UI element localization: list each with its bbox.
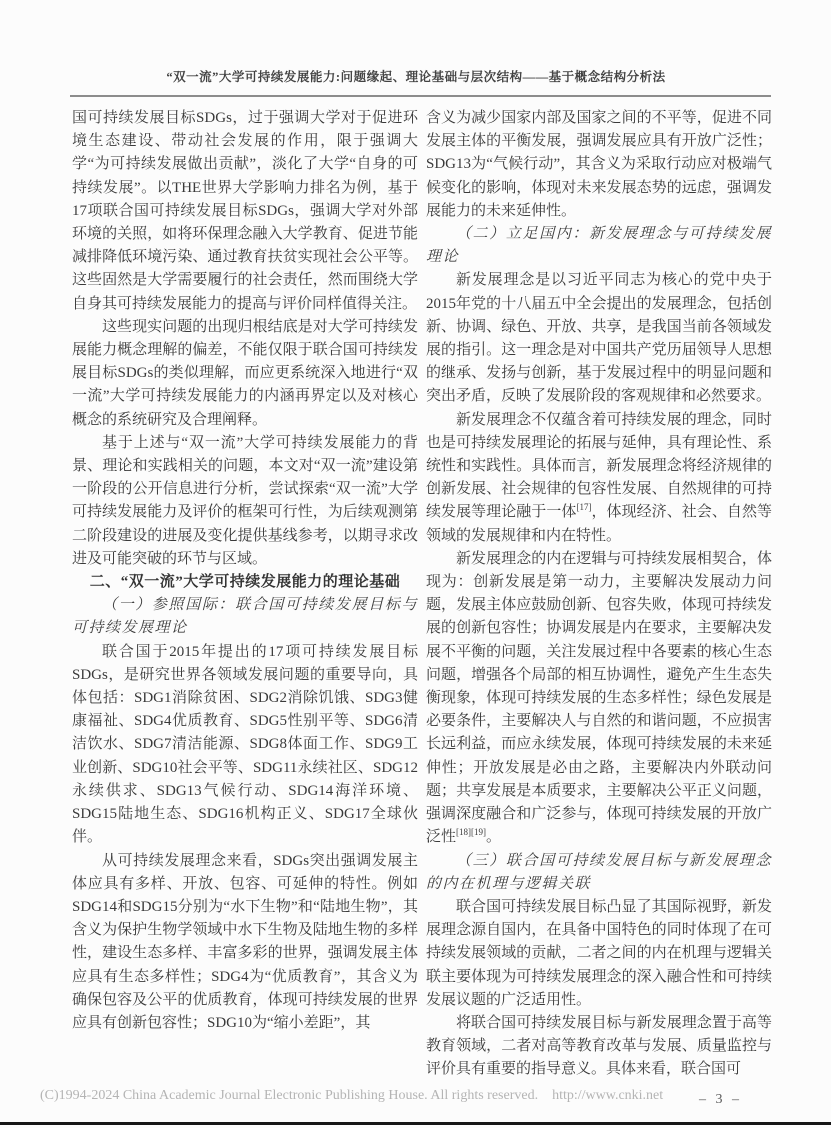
left-column: 国可持续发展目标SDGs，过于强调大学对于促进环境生态建设、带动社会发展的作用，… <box>72 107 418 1111</box>
page-bottom-edge <box>0 1122 831 1125</box>
paragraph: 联合国可持续发展目标凸显了其国际视野，新发展理念源自国内，在具备中国特色的同时体… <box>426 896 772 1012</box>
running-head-title: “双一流”大学可持续发展能力:问题缘起、理论基础与层次结构——基于概念结构分析法 <box>66 67 766 85</box>
paragraph: 这些现实问题的出现归根结底是对大学可持续发展能力概念理解的偏差，不能仅限于联合国… <box>72 316 418 432</box>
paper-page: “双一流”大学可持续发展能力:问题缘起、理论基础与层次结构——基于概念结构分析法… <box>0 0 831 1128</box>
paragraph: 新发展理念不仅蕴含着可持续发展的理念，同时也是可持续发展理论的拓展与延伸，具有理… <box>426 409 772 548</box>
citation-ref: [18][19] <box>456 827 486 837</box>
paragraph: 新发展理念是以习近平同志为核心的党中央于2015年党的十八届五中全会提出的发展理… <box>426 269 772 408</box>
paragraph: 从可持续发展理念来看，SDGs突出强调发展主体应具有多样、开放、包容、可延伸的特… <box>72 850 418 1036</box>
paragraph: 新发展理念的内在逻辑与可持续发展相契合，体现为：创新发展是第一动力，主要解决发展… <box>426 548 772 850</box>
paragraph-continuation: 国可持续发展目标SDGs，过于强调大学对于促进环境生态建设、带动社会发展的作用，… <box>72 107 418 316</box>
paragraph-text: 。 <box>486 829 501 845</box>
subsection-heading: （三）联合国可持续发展目标与新发展理念的内在机理与逻辑关联 <box>426 850 772 896</box>
citation-ref: [17] <box>576 502 591 512</box>
right-column: 含义为减少国家内部及国家之间的不平等，促进不同发展主体的平衡发展，强调发展应具有… <box>426 107 772 1111</box>
paragraph-continuation: 含义为减少国家内部及国家之间的不平等，促进不同发展主体的平衡发展，强调发展应具有… <box>426 107 772 223</box>
paragraph: 联合国于2015年提出的17项可持续发展目标SDGs，是研究世界各领域发展问题的… <box>72 641 418 850</box>
subsection-heading: （一）参照国际：联合国可持续发展目标与可持续发展理论 <box>72 594 418 640</box>
paragraph-text: 新发展理念的内在逻辑与可持续发展相契合，体现为：创新发展是第一动力，主要解决发展… <box>426 551 772 845</box>
section-heading: 二、“双一流”大学可持续发展能力的理论基础 <box>72 571 418 594</box>
paragraph: 将联合国可持续发展目标与新发展理念置于高等教育领域，二者对高等教育改革与发展、质… <box>426 1012 772 1082</box>
copyright-footer: (C)1994-2024 China Academic Journal Elec… <box>40 1088 663 1104</box>
header-rule <box>70 95 771 97</box>
subsection-heading: （二）立足国内：新发展理念与可持续发展理论 <box>426 223 772 269</box>
two-column-body: 国可持续发展目标SDGs，过于强调大学对于促进环境生态建设、带动社会发展的作用，… <box>72 107 772 1111</box>
paragraph: 基于上述与“双一流”大学可持续发展能力的背景、理论和实践相关的问题，本文对“双一… <box>72 432 418 571</box>
